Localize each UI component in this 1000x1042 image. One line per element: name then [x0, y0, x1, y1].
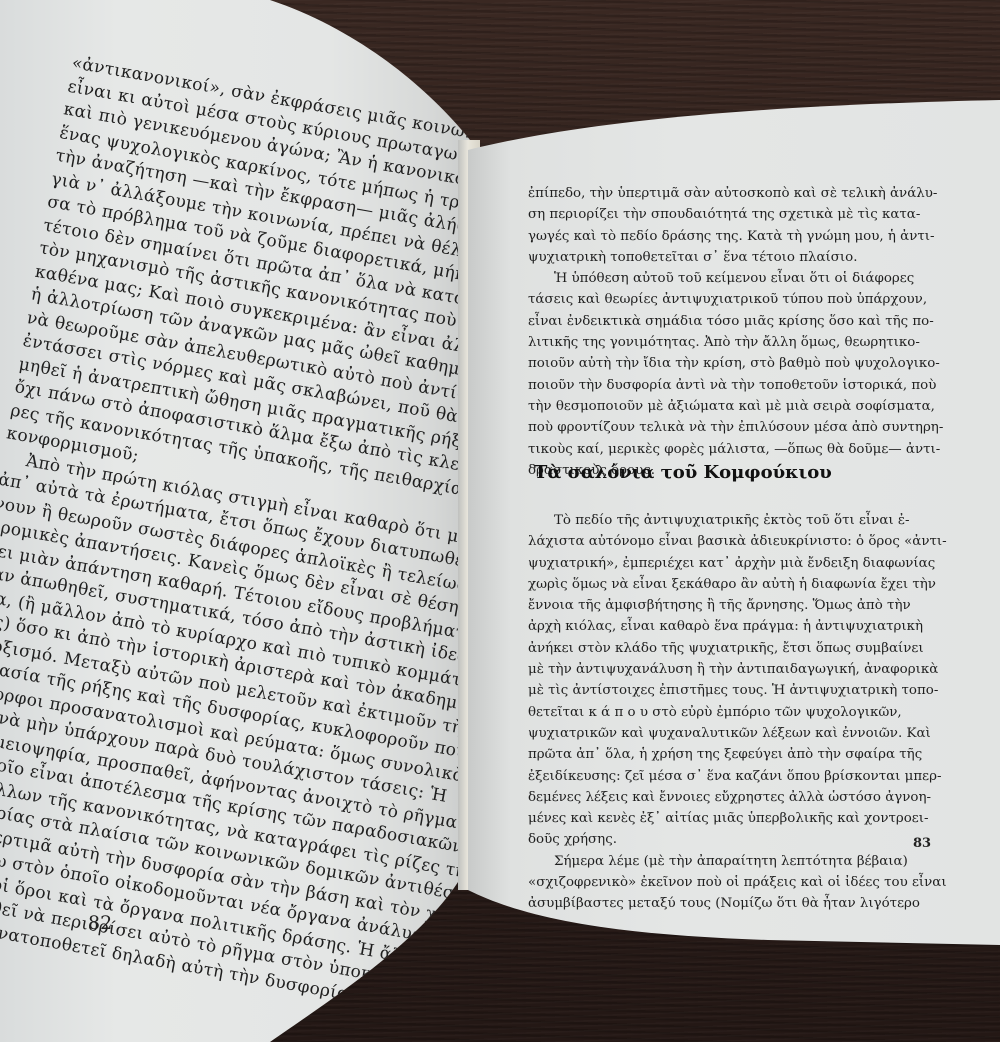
text-line: τὴν θεσμοποιοῦν μὲ ἀξιώματα καὶ μὲ μιὰ σ… — [528, 396, 988, 417]
text-line: λιτικῆς της γονιμότητας. Ἀπὸ τὴν ἄλλη ὅμ… — [528, 332, 988, 353]
text-line: εἶναι ἐνδεικτικὰ σημάδια τόσο μιᾶς κρίση… — [528, 311, 988, 332]
text-line: ψυχιατρικῶν καὶ ψυχαναλυτικῶν λέξεων καὶ… — [528, 723, 988, 744]
text-line: δεμένες λέξεις καὶ ἔννοιες εὔχρηστες ἀλλ… — [528, 787, 988, 808]
text-line: ἀσυμβίβαστες μεταξύ τους (Νομίζω ὅτι θὰ … — [528, 893, 988, 914]
text-line: Ἡ ὑπόθεση αὐτοῦ τοῦ κείμενου εἶναι ὅτι ο… — [528, 268, 988, 289]
right-page-paragraph-2: Τὸ πεδίο τῆς ἀντιψυχιατρικῆς ἐκτὸς τοῦ ὅ… — [528, 510, 988, 915]
text-line: «σχιζοφρενικὸ» ἐκεῖνον ποὺ οἱ πράξεις κα… — [528, 872, 988, 893]
text-line: χωρὶς ὅμως νὰ εἶναι ξεκάθαρο ἂν αὐτὴ ἡ δ… — [528, 574, 988, 595]
text-line: θετεῖται κ ά π ο υ στὸ εὐρὺ ἐμπόριο τῶν … — [528, 702, 988, 723]
text-line: Τὸ πεδίο τῆς ἀντιψυχιατρικῆς ἐκτὸς τοῦ ὅ… — [528, 510, 988, 531]
text-line: γωγές καὶ τὸ πεδίο δράσης της. Κατὰ τὴ γ… — [528, 226, 988, 247]
text-line: ἐπίπεδο, τὴν ὑπερτιμᾶ σὰν αὐτοσκοπὸ καὶ … — [528, 183, 988, 204]
section-heading: Τὰ σαλόνια τοῦ Κομφούκιου — [534, 462, 832, 483]
text-line: ἀρχὴ κιόλας, εἶναι καθαρὸ ἕνα πράγμα: ἡ … — [528, 616, 988, 637]
left-book-page: «ἀντικανονικοί», σὰν ἐκφράσεις μιᾶς κοιν… — [0, 0, 470, 1042]
text-line: ποιοῦν τὴν δυσφορία ἀντὶ νὰ τὴν τοποθετο… — [528, 375, 988, 396]
text-line: ψυχιατρική», ἐμπεριέχει κατ᾽ ἀρχὴν μιὰ ἔ… — [528, 553, 988, 574]
text-line: ψυχιατρικὴ τοποθετεῖται σ᾽ ἕνα τέτοιο πλ… — [528, 247, 988, 268]
text-line: ἔννοια τῆς ἀμφισβήτησης ἢ τῆς ἄρνησης. Ὅ… — [528, 595, 988, 616]
page-number-82: 82 — [88, 912, 112, 934]
text-line: ση περιορίζει τὴν σπουδαιότητά της σχετι… — [528, 204, 988, 225]
text-line: λάχιστα αὐτόνομο εἶναι βασικὰ ἀδιευκρίνι… — [528, 531, 988, 552]
text-line: μὲ τὶς ἀντίστοιχες ἐπιστῆμες τους. Ἡ ἀντ… — [528, 680, 988, 701]
text-line: τάσεις καὶ θεωρίες ἀντιψυχιατρικοῦ τύπου… — [528, 289, 988, 310]
right-book-page: ἐπίπεδο, τὴν ὑπερτιμᾶ σὰν αὐτοσκοπὸ καὶ … — [468, 0, 1000, 1042]
text-line: ἀνήκει στὸν κλάδο τῆς ψυχιατρικῆς, ἔτσι … — [528, 638, 988, 659]
text-line: πρῶτα ἀπ᾽ ὅλα, ἡ χρήση της ξεφεύγει ἀπὸ … — [528, 744, 988, 765]
text-line: Σήμερα λέμε (μὲ τὴν ἀπαραίτητη λεπτότητα… — [528, 851, 988, 872]
page-number-83: 83 — [913, 836, 931, 851]
text-line: ποὺ φροντίζουν τελικὰ νὰ τὴν ἐπιλύσουν μ… — [528, 417, 988, 438]
text-line: τικοὺς καί, μερικὲς φορὲς μάλιστα, —ὅπως… — [528, 439, 988, 460]
text-line: ποιοῦν αὐτὴ τὴν ἴδια τὴν κρίση, στὸ βαθμ… — [528, 353, 988, 374]
right-page-paragraph-1: ἐπίπεδο, τὴν ὑπερτιμᾶ σὰν αὐτοσκοπὸ καὶ … — [528, 183, 988, 481]
text-line: ἐξειδίκευσης: ζεῖ μέσα σ᾽ ἕνα καζάνι ὅπο… — [528, 766, 988, 787]
text-line: μὲ τὴν ἀντιψυχανάλυση ἢ τὴν ἀντιπαιδαγωγ… — [528, 659, 988, 680]
left-page-body-text: «ἀντικανονικοί», σὰν ἐκφράσεις μιᾶς κοιν… — [0, 52, 478, 1003]
text-line: μένες καὶ κενὲς ἐξ᾽ αἰτίας μιᾶς ὑπερβολι… — [528, 808, 988, 829]
